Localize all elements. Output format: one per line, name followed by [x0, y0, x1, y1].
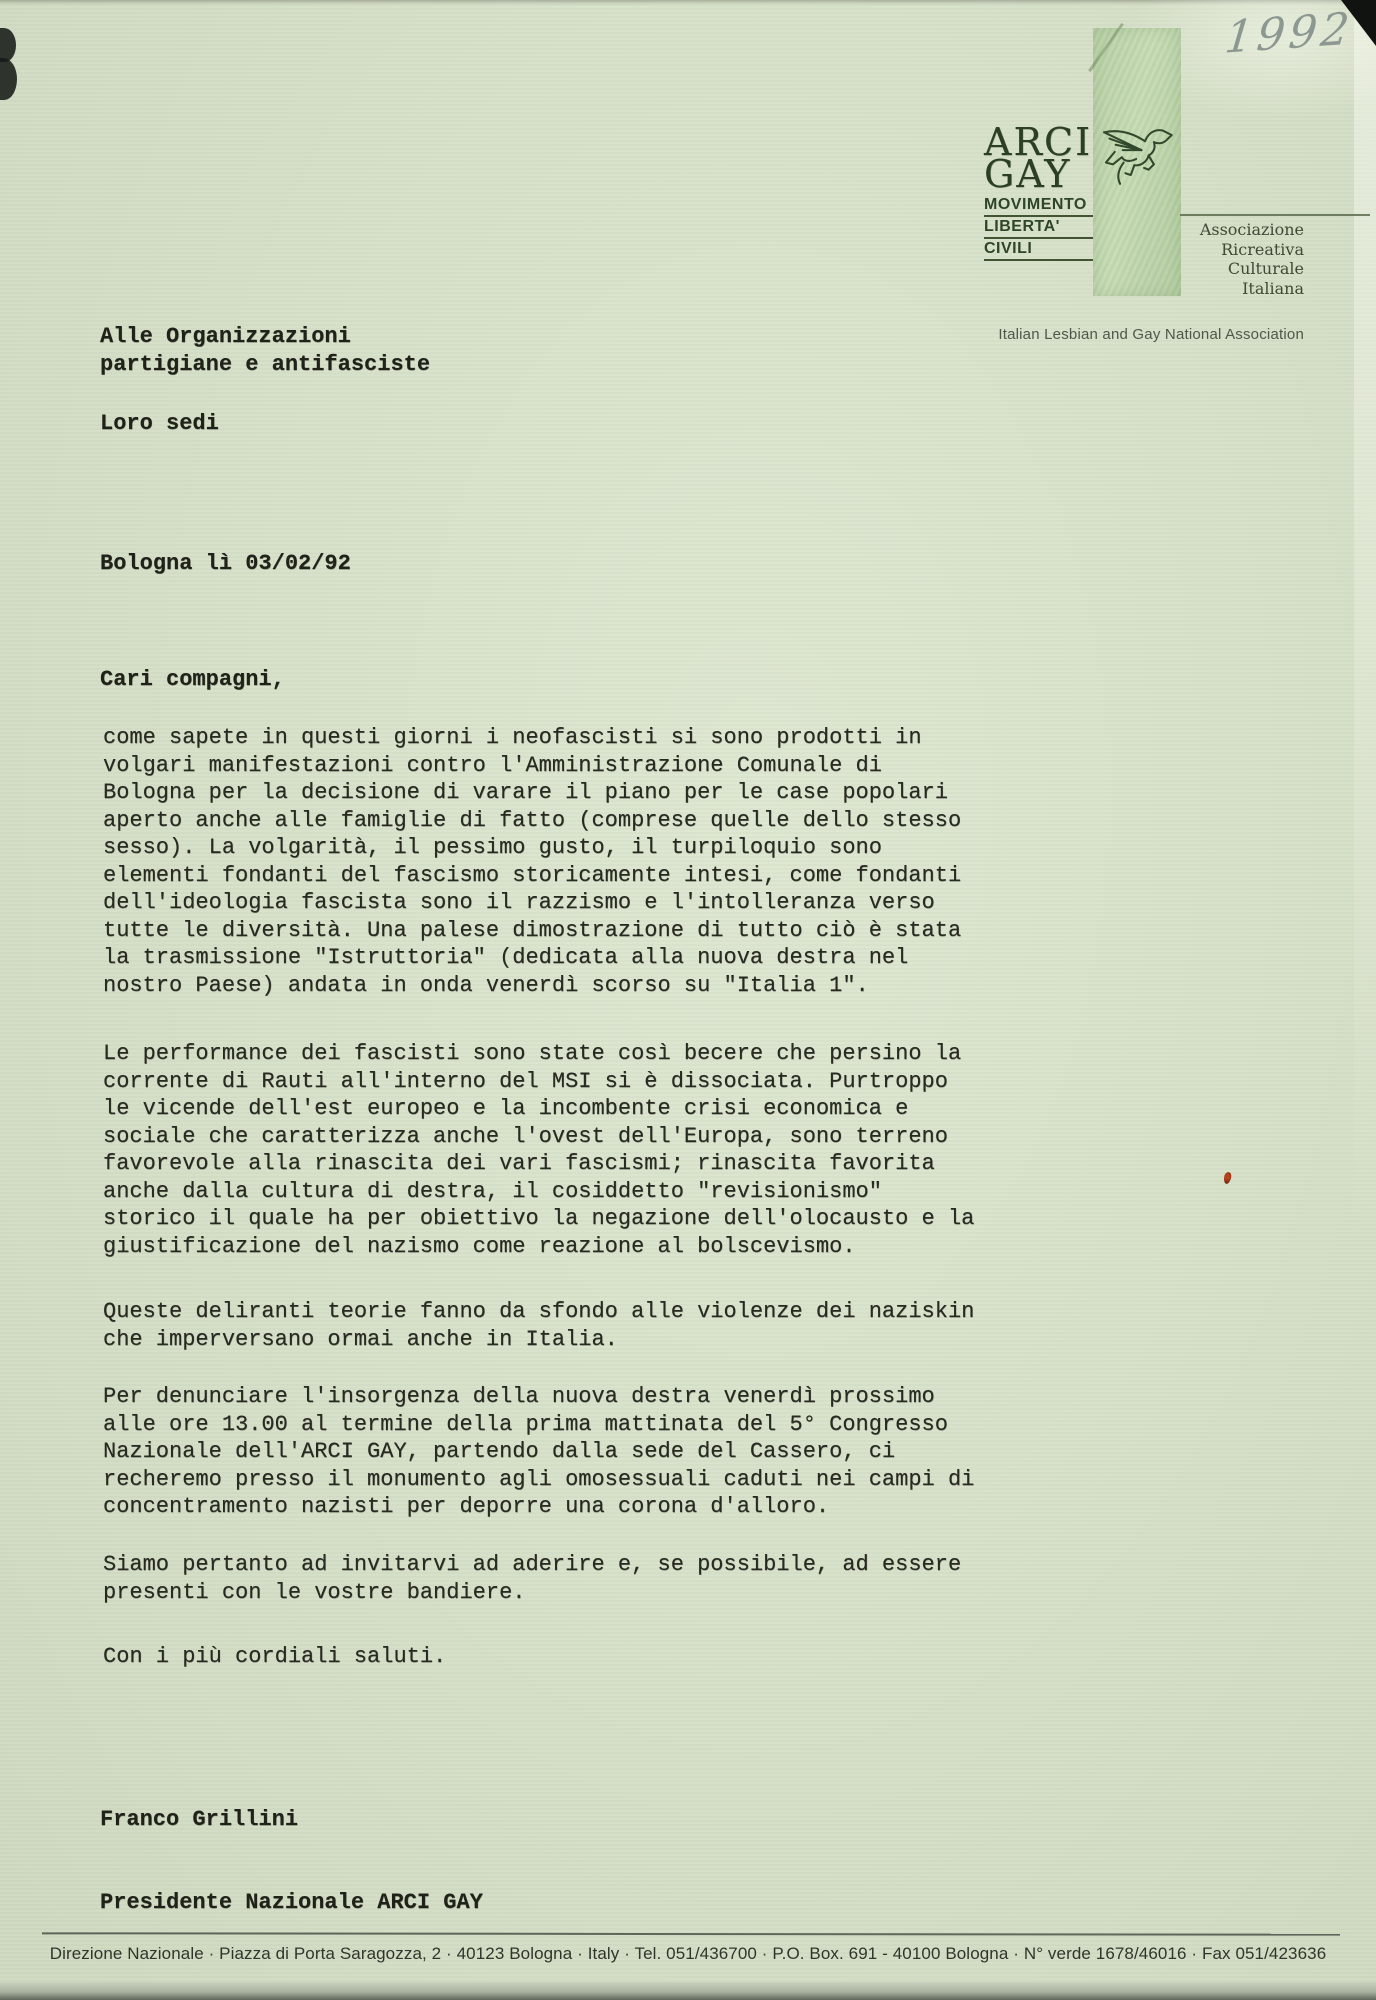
footer-contact-line: Direzione Nazionale · Piazza di Porta Sa…	[0, 1944, 1376, 1964]
body-paragraph-5: Siamo pertanto ad invitarvi ad aderire e…	[103, 1551, 961, 1606]
body-paragraph-2: Le performance dei fascisti sono state c…	[103, 1040, 974, 1260]
body-paragraph-4: Per denunciare l'insorgenza della nuova …	[103, 1383, 974, 1521]
recipient-block: Alle Organizzazioni partigiane e antifas…	[100, 323, 430, 378]
motto-liberta: LIBERTA'	[984, 219, 1093, 239]
logo-motto: MOVIMENTO LIBERTA' CIVILI	[984, 197, 1093, 263]
salutation: Cari compagni,	[100, 666, 285, 694]
handwritten-year-annotation: 1992	[1222, 3, 1355, 63]
band-diagonal-mark	[1088, 23, 1124, 72]
recipient-location: Loro sedi	[100, 410, 219, 438]
scan-bottom-edge	[0, 1982, 1376, 2000]
signature-name: Franco Grillini	[100, 1806, 483, 1834]
body-paragraph-3: Queste deliranti teorie fanno da sfondo …	[103, 1298, 974, 1353]
scan-edge-smudge	[0, 28, 16, 62]
motto-movimento: MOVIMENTO	[984, 197, 1093, 217]
ink-speck	[1223, 1171, 1232, 1184]
scanned-letter-page: 1992 ARCI GAY MOVIMENTO LIBERTA' CIVILI …	[0, 0, 1376, 2000]
closing-line: Con i più cordiali saluti.	[103, 1643, 446, 1671]
logo-wordmark: ARCI GAY	[984, 126, 1092, 190]
org-subtitle-english: Italian Lesbian and Gay National Associa…	[970, 326, 1304, 343]
pegasus-icon	[1097, 122, 1177, 196]
motto-civili: CIVILI	[984, 241, 1093, 261]
body-paragraph-1: come sapete in questi giorni i neofascis…	[103, 724, 961, 999]
association-rule	[1180, 214, 1370, 216]
signature-title: Presidente Nazionale ARCI GAY	[100, 1889, 483, 1917]
signature-block: Franco Grillini Presidente Nazionale ARC…	[100, 1751, 483, 1971]
association-name: Associazione Ricreativa Culturale Italia…	[1122, 220, 1304, 298]
scan-right-edge-highlight	[1354, 0, 1376, 1400]
dateline: Bologna lì 03/02/92	[100, 550, 351, 578]
scan-edge-smudge	[0, 58, 17, 100]
